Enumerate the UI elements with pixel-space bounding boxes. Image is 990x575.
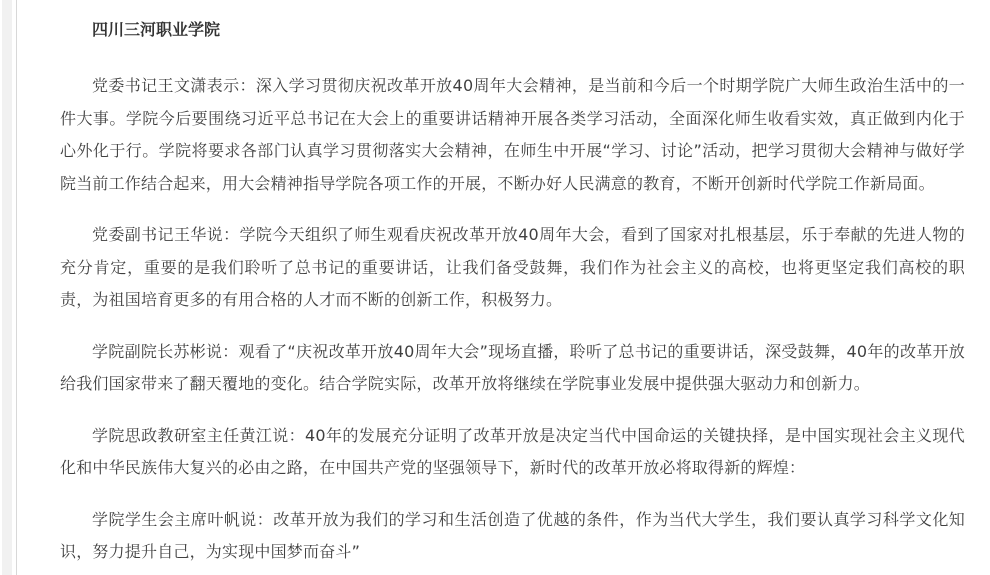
article-paragraph: 学院学生会主席叶帆说：改革开放为我们的学习和生活创造了优越的条件，作为当代大学生… bbox=[60, 504, 965, 569]
article-content-area: 四川三河职业学院 党委书记王文潇表示：深入学习贯彻庆祝改革开放40周年大会精神，… bbox=[16, 0, 989, 575]
article-paragraph: 党委书记王文潇表示：深入学习贯彻庆祝改革开放40周年大会精神，是当前和今后一个时… bbox=[60, 70, 965, 200]
page-background-strip bbox=[2, 0, 12, 575]
article-body: 党委书记王文潇表示：深入学习贯彻庆祝改革开放40周年大会精神，是当前和今后一个时… bbox=[60, 70, 965, 569]
article-paragraph: 党委副书记王华说：学院今天组织了师生观看庆祝改革开放40周年大会，看到了国家对扎… bbox=[60, 219, 965, 317]
article-paragraph: 学院思政教研室主任黄江说：40年的发展充分证明了改革开放是决定当代中国命运的关键… bbox=[60, 420, 965, 485]
article-title: 四川三河职业学院 bbox=[60, 14, 965, 46]
article-paragraph: 学院副院长苏彬说：观看了“庆祝改革开放40周年大会”现场直播，聆听了总书记的重要… bbox=[60, 336, 965, 401]
